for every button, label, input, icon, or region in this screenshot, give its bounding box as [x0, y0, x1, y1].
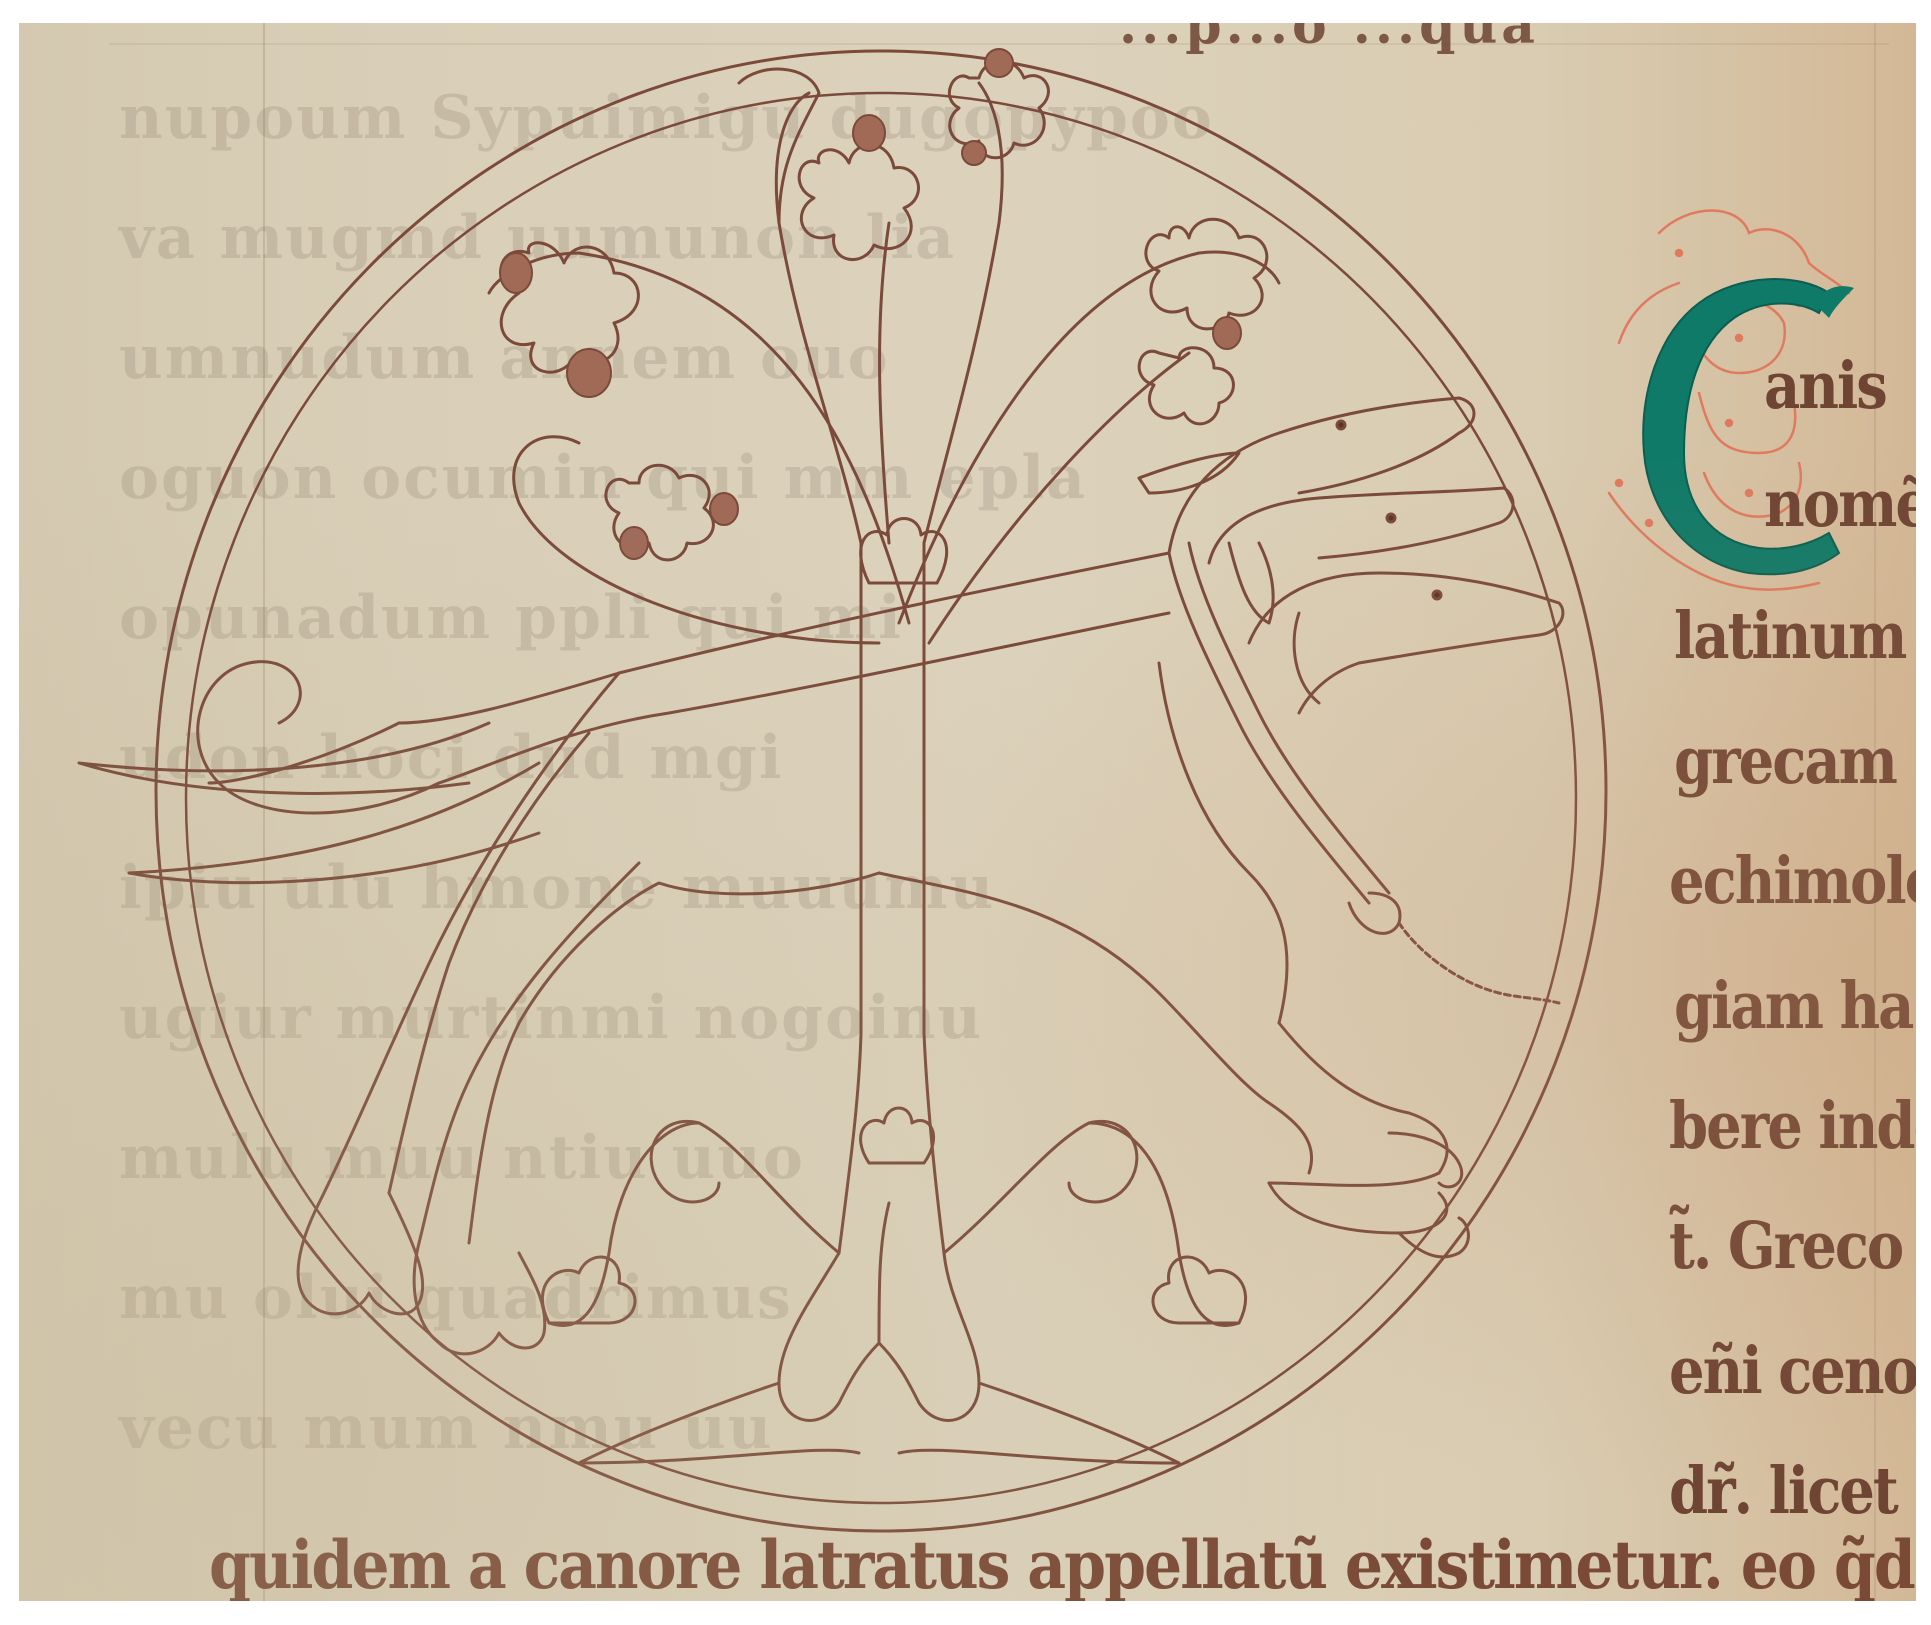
text-line-8: t̃. Greco — [1669, 1208, 1902, 1284]
text-line-4: grecam — [1674, 723, 1896, 799]
collar-and-leash — [1169, 543, 1559, 1003]
bottom-text-line: quidem a canore latratus appellatũ exist… — [209, 1528, 1916, 1602]
text-line-2: nomẽ — [1764, 466, 1916, 542]
text-line-3: latinum — [1674, 598, 1905, 674]
text-line-5: echimolo — [1669, 843, 1916, 919]
text-line-7: bere inde — [1669, 1088, 1916, 1164]
manuscript-page: nupoum Sypuimigu dugopypoo va mugmd uumu… — [19, 23, 1916, 1601]
foliate-tree — [489, 61, 1279, 1463]
text-line-6: giam ha — [1674, 968, 1912, 1044]
dog-body — [79, 553, 1468, 1354]
three-dog-heads — [1139, 398, 1563, 713]
text-line-1: anis — [1764, 348, 1886, 424]
text-line-10: dr̃. licet — [1669, 1453, 1897, 1529]
text-line-9: eñi cenos — [1669, 1333, 1916, 1409]
